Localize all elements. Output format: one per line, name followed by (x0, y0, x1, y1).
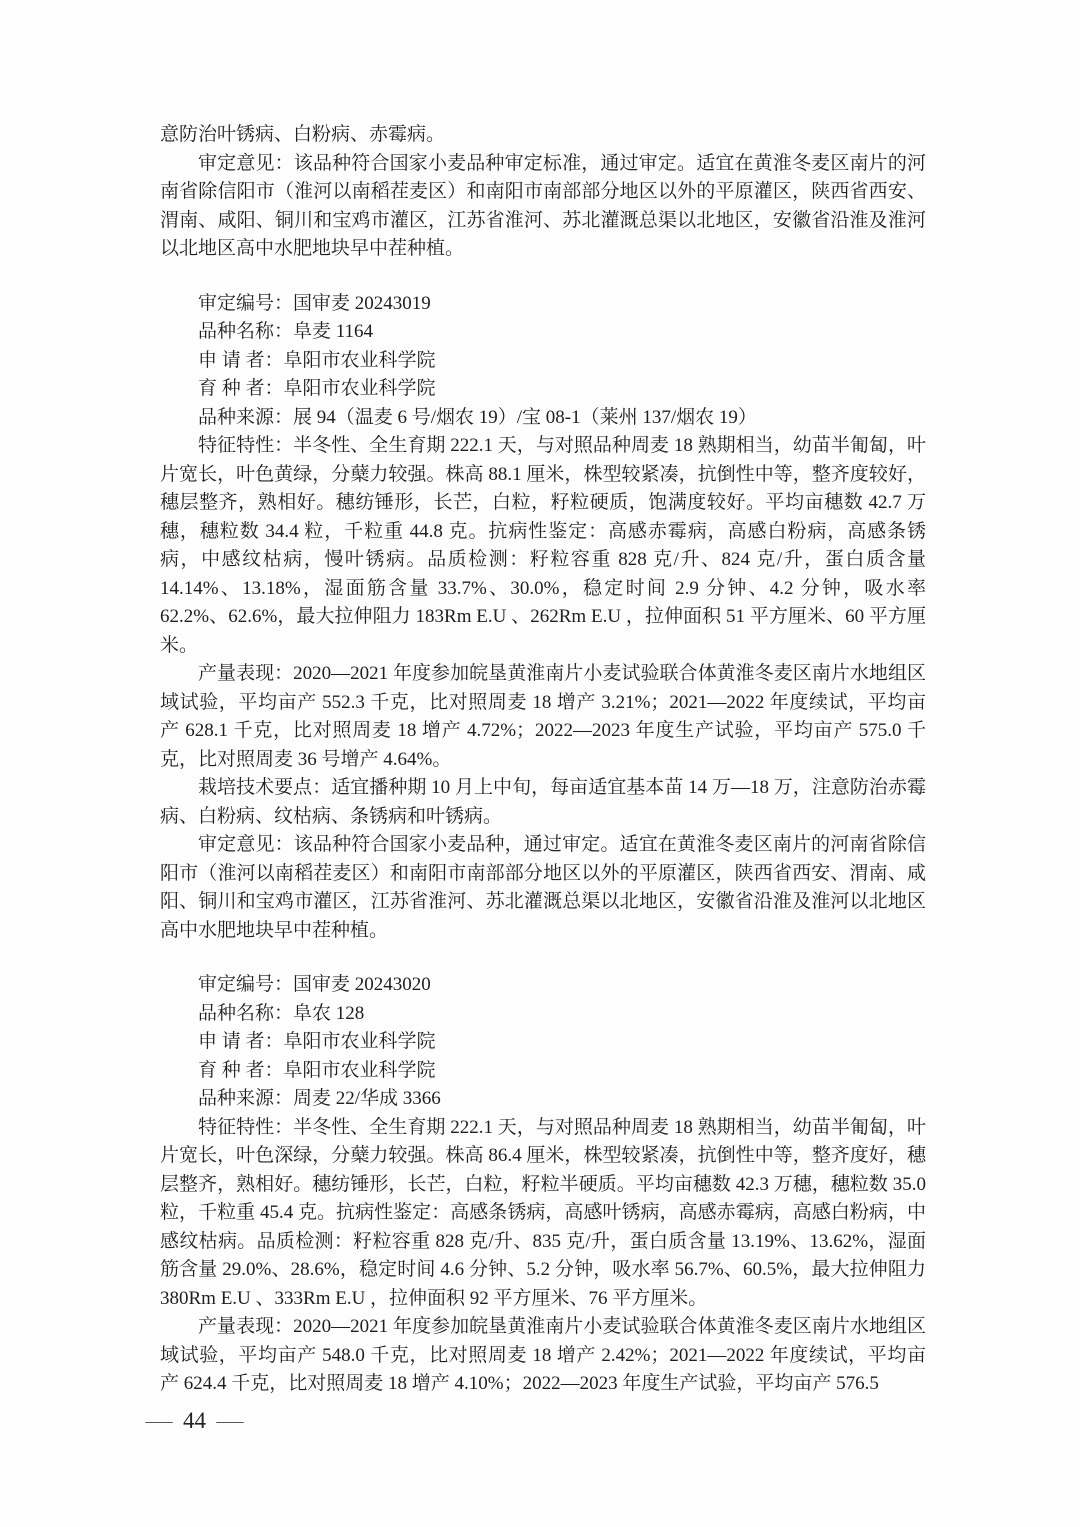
paragraph-continuation: 意防治叶锈病、白粉病、赤霉病。 (160, 121, 926, 150)
paragraph-traits: 特征特性：半冬性、全生育期 222.1 天，与对照品种周麦 18 熟期相当，幼苗… (160, 1114, 926, 1314)
field-approval-number: 审定编号：国审麦 20243019 (160, 290, 926, 319)
variety-section-20243019: 审定编号：国审麦 20243019 品种名称：阜麦 1164 申 请 者：阜阳市… (160, 290, 926, 946)
paragraph-cultivation-tips: 栽培技术要点：适宜播种期 10 月上中旬，每亩适宜基本苗 14 万—18 万，注… (160, 774, 926, 831)
variety-section-20243020: 审定编号：国审麦 20243020 品种名称：阜农 128 申 请 者：阜阳市农… (160, 971, 926, 1399)
paragraph-intro-approval-opinion: 审定意见：该品种符合国家小麦品种审定标准，通过审定。适宜在黄淮冬麦区南片的河南省… (160, 150, 926, 264)
field-variety-source: 品种来源：展 94（温麦 6 号/烟农 19）/宝 08-1（莱州 137/烟农… (160, 404, 926, 433)
field-applicant: 申 请 者：阜阳市农业科学院 (160, 1028, 926, 1057)
field-variety-name: 品种名称：阜农 128 (160, 1000, 926, 1029)
footer-right-dash: — (217, 1410, 244, 1433)
field-variety-source: 品种来源：周麦 22/华成 3366 (160, 1085, 926, 1114)
field-breeder: 育 种 者：阜阳市农业科学院 (160, 1057, 926, 1086)
field-variety-name: 品种名称：阜麦 1164 (160, 318, 926, 347)
page-footer: — 44 — (149, 1405, 240, 1437)
page-number: 44 (183, 1408, 206, 1434)
paragraph-yield-performance: 产量表现：2020—2021 年度参加皖垦黄淮南片小麦试验联合体黄淮冬麦区南片水… (160, 1313, 926, 1399)
paragraph-approval-opinion: 审定意见：该品种符合国家小麦品种，通过审定。适宜在黄淮冬麦区南片的河南省除信阳市… (160, 831, 926, 945)
field-approval-number: 审定编号：国审麦 20243020 (160, 971, 926, 1000)
document-page: 意防治叶锈病、白粉病、赤霉病。 审定意见：该品种符合国家小麦品种审定标准，通过审… (0, 0, 1080, 1527)
paragraph-traits: 特征特性：半冬性、全生育期 222.1 天，与对照品种周麦 18 熟期相当，幼苗… (160, 432, 926, 660)
field-breeder: 育 种 者：阜阳市农业科学院 (160, 375, 926, 404)
footer-left-dash: — (146, 1410, 173, 1433)
page-content: 意防治叶锈病、白粉病、赤霉病。 审定意见：该品种符合国家小麦品种审定标准，通过审… (160, 121, 926, 1399)
paragraph-yield-performance: 产量表现：2020—2021 年度参加皖垦黄淮南片小麦试验联合体黄淮冬麦区南片水… (160, 660, 926, 774)
field-applicant: 申 请 者：阜阳市农业科学院 (160, 347, 926, 376)
